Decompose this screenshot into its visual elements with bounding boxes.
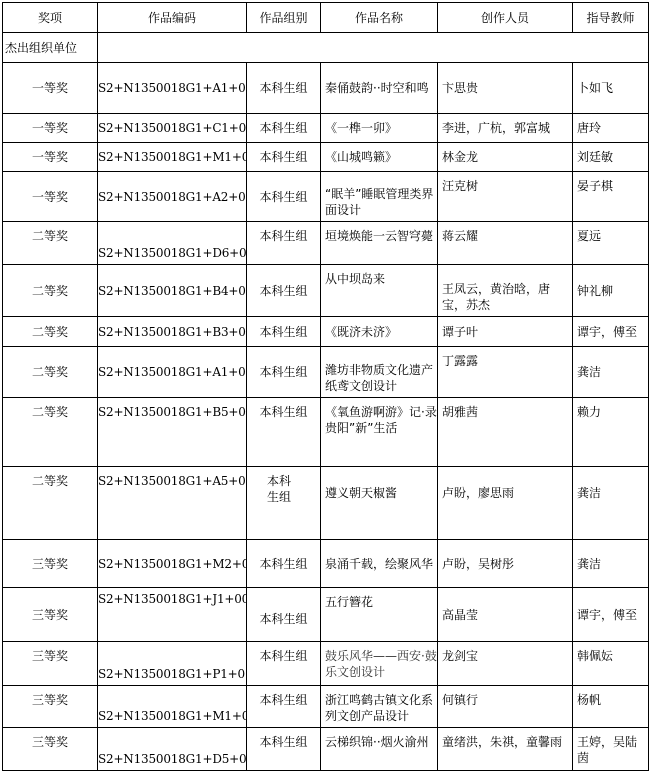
- name-cell: 鼓乐风华——西安·鼓乐文创设计: [321, 642, 438, 686]
- table-row: 二等奖 S2+N1350018G1+A1+023 本科生组 潍坊非物质文化遗产纸…: [3, 347, 649, 398]
- teacher-cell: 唐玲: [573, 114, 649, 143]
- name-cell: 《氧鱼游啊游》记·录贵阳”新”生活: [321, 398, 438, 467]
- award-cell: 三等奖: [3, 686, 98, 728]
- authors-cell: 王凤云，黄治晗，唐宝，苏杰: [438, 265, 573, 317]
- group-cell: 本科生组: [247, 143, 321, 172]
- teacher-cell: 刘廷敏: [573, 143, 649, 172]
- section-label: 杰出组织单位: [3, 33, 98, 63]
- authors-cell: 丁露露: [438, 347, 573, 398]
- code-cell: S2+N1350018G1+B3+028: [98, 317, 247, 347]
- header-teacher: 指导教师: [573, 3, 649, 33]
- code-cell: S2+N1350018G1+A1+007: [98, 63, 247, 114]
- authors-cell: 蒋云耀: [438, 222, 573, 265]
- code-cell: S2+N1350018G1+C1+003: [98, 114, 247, 143]
- header-award: 奖项: [3, 3, 98, 33]
- code-cell: S2+N1350018G1+A2+010: [98, 172, 247, 222]
- table-row: 一等奖 S2+N1350018G1+C1+003 本科生组 《一榫一卯》 李进，…: [3, 114, 649, 143]
- name-cell: 浙江鸣鹤古镇文化系列文创产品设计: [321, 686, 438, 728]
- table-row: 三等奖 S2+N1350018G1+M1+002 本科生组 浙江鸣鹤古镇文化系列…: [3, 686, 649, 728]
- award-cell: 二等奖: [3, 347, 98, 398]
- teacher-cell: 王婷，吴陆茵: [573, 728, 649, 771]
- code-cell: S2+N1350018G1+M1+006: [98, 143, 247, 172]
- award-cell: 二等奖: [3, 222, 98, 265]
- group-cell: 本科生组: [247, 347, 321, 398]
- group-cell: 本科生组: [247, 172, 321, 222]
- group-cell: 本科生组: [247, 728, 321, 771]
- header-name: 作品名称: [321, 3, 438, 33]
- award-cell: 一等奖: [3, 172, 98, 222]
- header-authors: 创作人员: [438, 3, 573, 33]
- table-row: 三等奖 S2+N1350018G1+D5+006 本科生组 云梯织锦··烟火渝州…: [3, 728, 649, 771]
- code-cell: S2+N1350018G1+D5+006: [98, 728, 247, 771]
- authors-cell: 李进，广杭，郭富城: [438, 114, 573, 143]
- code-cell: S2+N1350018G1+M1+002: [98, 686, 247, 728]
- table-row: 三等奖 S2+N1350018G1+J1+002 本科生组 五行簪花 高晶莹 谭…: [3, 588, 649, 642]
- group-cell: 本科生组: [247, 398, 321, 467]
- table-row: 一等奖 S2+N1350018G1+M1+006 本科生组 《山城鸣籁》 林金龙…: [3, 143, 649, 172]
- group-cell: 本科生组: [247, 265, 321, 317]
- table-row: 二等奖 S2+N1350018G1+B5+018 本科生组 《氧鱼游啊游》记·录…: [3, 398, 649, 467]
- header-row: 奖项 作品编码 作品组别 作品名称 创作人员 指导教师: [3, 3, 649, 33]
- name-cell: 秦俑鼓韵··时空和鸣: [321, 63, 438, 114]
- code-cell: S2+N1350018G1+M2+009: [98, 540, 247, 588]
- authors-cell: 龙剑宝: [438, 642, 573, 686]
- authors-cell: 汪克树: [438, 172, 573, 222]
- awards-table: 奖项 作品编码 作品组别 作品名称 创作人员 指导教师 杰出组织单位 一等奖 S…: [2, 2, 649, 771]
- authors-cell: 胡雅茜: [438, 398, 573, 467]
- group-cell: 本科生组: [247, 686, 321, 728]
- code-cell: S2+N1350018G1+P1+013: [98, 642, 247, 686]
- name-cell: 泉涌千载，绘聚风华: [321, 540, 438, 588]
- award-cell: 一等奖: [3, 63, 98, 114]
- authors-cell: 卢盼，廖思雨: [438, 467, 573, 540]
- award-cell: 一等奖: [3, 143, 98, 172]
- teacher-cell: 钟礼柳: [573, 265, 649, 317]
- teacher-cell: 谭宇，傅至: [573, 588, 649, 642]
- name-cell: 《一榫一卯》: [321, 114, 438, 143]
- name-cell: 《既济未济》: [321, 317, 438, 347]
- teacher-cell: 晏子棋: [573, 172, 649, 222]
- teacher-cell: 龚洁: [573, 540, 649, 588]
- award-cell: 二等奖: [3, 398, 98, 467]
- name-cell: 潍坊非物质文化遗产纸鸢文创设计: [321, 347, 438, 398]
- group-cell: 本科生组: [247, 114, 321, 143]
- code-cell: S2+N1350018G1+D6+003: [98, 222, 247, 265]
- teacher-cell: 龚洁: [573, 347, 649, 398]
- teacher-cell: 谭宇，傅至: [573, 317, 649, 347]
- authors-cell: 高晶莹: [438, 588, 573, 642]
- header-group: 作品组别: [247, 3, 321, 33]
- name-cell: 五行簪花: [321, 588, 438, 642]
- award-cell: 三等奖: [3, 588, 98, 642]
- authors-cell: 何镇行: [438, 686, 573, 728]
- name-cell: 《山城鸣籁》: [321, 143, 438, 172]
- section-empty: [98, 33, 649, 63]
- table-row: 一等奖 S2+N1350018G1+A1+007 本科生组 秦俑鼓韵··时空和鸣…: [3, 63, 649, 114]
- table-row: 三等奖 S2+N1350018G1+P1+013 本科生组 鼓乐风华——西安·鼓…: [3, 642, 649, 686]
- authors-cell: 卢盼，吴树彤: [438, 540, 573, 588]
- code-cell: S2+N1350018G1+J1+002: [98, 588, 247, 642]
- table-row: 二等奖 S2+N1350018G1+B3+028 本科生组 《既济未济》 谭子叶…: [3, 317, 649, 347]
- group-cell: 本科生组: [247, 540, 321, 588]
- group-cell: 本科生组: [247, 222, 321, 265]
- section-row: 杰出组织单位: [3, 33, 649, 63]
- award-cell: 一等奖: [3, 114, 98, 143]
- award-cell: 三等奖: [3, 642, 98, 686]
- name-cell: 遵义朝天椒酱: [321, 467, 438, 540]
- table-row: 二等奖 S2+N1350018G1+A5+008 本科生组 遵义朝天椒酱 卢盼，…: [3, 467, 649, 540]
- teacher-cell: 夏远: [573, 222, 649, 265]
- award-cell: 三等奖: [3, 728, 98, 771]
- table-row: 二等奖 S2+N1350018G1+B4+025 本科生组 从中坝岛来 王凤云，…: [3, 265, 649, 317]
- name-cell: 云梯织锦··烟火渝州: [321, 728, 438, 771]
- teacher-cell: 卜如飞: [573, 63, 649, 114]
- teacher-cell: 龚洁: [573, 467, 649, 540]
- code-cell: S2+N1350018G1+B4+025: [98, 265, 247, 317]
- authors-cell: 童绪洪，朱祺，童馨雨: [438, 728, 573, 771]
- authors-cell: 卞思贵: [438, 63, 573, 114]
- authors-cell: 谭子叶: [438, 317, 573, 347]
- table-row: 三等奖 S2+N1350018G1+M2+009 本科生组 泉涌千载，绘聚风华 …: [3, 540, 649, 588]
- header-code: 作品编码: [98, 3, 247, 33]
- code-cell: S2+N1350018G1+A1+023: [98, 347, 247, 398]
- table-row: 二等奖 S2+N1350018G1+D6+003 本科生组 垣境焕能一云智穹薨 …: [3, 222, 649, 265]
- group-cell: 本科生组: [247, 63, 321, 114]
- teacher-cell: 杨帆: [573, 686, 649, 728]
- award-cell: 二等奖: [3, 317, 98, 347]
- award-cell: 二等奖: [3, 265, 98, 317]
- table-row: 一等奖 S2+N1350018G1+A2+010 本科生组 “眠羊”睡眠管理类界…: [3, 172, 649, 222]
- name-cell: 从中坝岛来: [321, 265, 438, 317]
- code-cell: S2+N1350018G1+B5+018: [98, 398, 247, 467]
- group-cell: 本科生组: [247, 467, 321, 540]
- award-cell: 三等奖: [3, 540, 98, 588]
- code-cell: S2+N1350018G1+A5+008: [98, 467, 247, 540]
- name-cell: 垣境焕能一云智穹薨: [321, 222, 438, 265]
- authors-cell: 林金龙: [438, 143, 573, 172]
- name-cell: “眠羊”睡眠管理类界面设计: [321, 172, 438, 222]
- award-cell: 二等奖: [3, 467, 98, 540]
- group-cell: 本科生组: [247, 317, 321, 347]
- group-cell: 本科生组: [247, 588, 321, 642]
- teacher-cell: 赖力: [573, 398, 649, 467]
- group-cell: 本科生组: [247, 642, 321, 686]
- teacher-cell: 韩佩妘: [573, 642, 649, 686]
